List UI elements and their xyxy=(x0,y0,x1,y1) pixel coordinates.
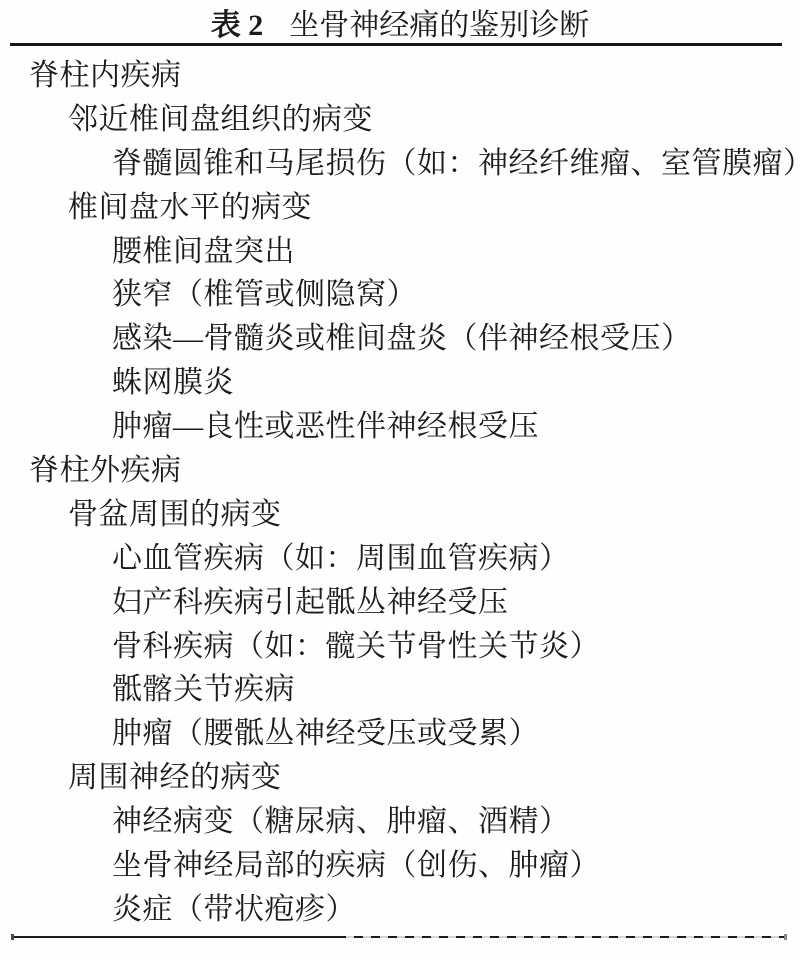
item-text: 脊柱内疾病 xyxy=(29,50,182,94)
list-item: 心血管疾病（如：周围血管疾病） xyxy=(0,533,800,577)
table-body: 脊柱内疾病邻近椎间盘组织的病变脊髓圆锥和马尾损伤（如：神经纤维瘤、室管膜瘤）椎间… xyxy=(0,50,800,928)
list-item: 腰椎间盘突出 xyxy=(0,226,800,270)
item-text: 神经病变（糖尿病、肿瘤、酒精） xyxy=(112,796,570,840)
list-item: 骶髂关节疾病 xyxy=(0,664,800,708)
item-text: 心血管疾病（如：周围血管疾病） xyxy=(112,533,570,577)
list-item: 邻近椎间盘组织的病变 xyxy=(0,94,800,138)
list-item: 骨科疾病（如：髋关节骨性关节炎） xyxy=(0,621,800,665)
list-item: 炎症（带状疱疹） xyxy=(0,884,800,928)
item-text: 感染—骨髓炎或椎间盘炎（伴神经根受压） xyxy=(112,313,692,357)
item-text: 腰椎间盘突出 xyxy=(112,226,295,270)
scanned-table-page: 表 2 坐骨神经痛的鉴别诊断 脊柱内疾病邻近椎间盘组织的病变脊髓圆锥和马尾损伤（… xyxy=(0,0,800,960)
item-text: 坐骨神经局部的疾病（创伤、肿瘤） xyxy=(112,840,600,884)
list-item: 肿瘤（腰骶丛神经受压或受累） xyxy=(0,708,800,752)
list-item: 妇产科疾病引起骶丛神经受压 xyxy=(0,577,800,621)
list-item: 坐骨神经局部的疾病（创伤、肿瘤） xyxy=(0,840,800,884)
table-title: 坐骨神经痛的鉴别诊断 xyxy=(289,0,589,44)
bottom-rule xyxy=(12,936,785,938)
item-text: 骨盆周围的病变 xyxy=(68,489,282,533)
section-header: 脊柱内疾病 xyxy=(0,50,800,94)
list-item: 周围神经的病变 xyxy=(0,752,800,796)
list-item: 骨盆周围的病变 xyxy=(0,489,800,533)
watermark-fade xyxy=(337,936,783,938)
item-text: 椎间盘水平的病变 xyxy=(68,182,312,226)
item-text: 狭窄（椎管或侧隐窝） xyxy=(112,269,417,313)
item-text: 蛛网膜炎 xyxy=(112,357,234,401)
item-text: 骨科疾病（如：髋关节骨性关节炎） xyxy=(112,621,600,665)
list-item: 感染—骨髓炎或椎间盘炎（伴神经根受压） xyxy=(0,313,800,357)
item-text: 脊柱外疾病 xyxy=(29,445,182,489)
item-text: 肿瘤—良性或恶性伴神经根受压 xyxy=(112,401,539,445)
rule-end-cap xyxy=(11,934,14,940)
item-text: 炎症（带状疱疹） xyxy=(112,884,356,928)
item-text: 脊髓圆锥和马尾损伤（如：神经纤维瘤、室管膜瘤） xyxy=(112,138,800,182)
item-text: 邻近椎间盘组织的病变 xyxy=(68,94,373,138)
item-text: 妇产科疾病引起骶丛神经受压 xyxy=(112,577,509,621)
table-number: 表 2 xyxy=(211,0,264,44)
list-item: 脊髓圆锥和马尾损伤（如：神经纤维瘤、室管膜瘤） xyxy=(0,138,800,182)
item-text: 骶髂关节疾病 xyxy=(112,664,295,708)
top-rule xyxy=(10,43,782,46)
list-item: 狭窄（椎管或侧隐窝） xyxy=(0,269,800,313)
list-item: 肿瘤—良性或恶性伴神经根受压 xyxy=(0,401,800,445)
item-text: 肿瘤（腰骶丛神经受压或受累） xyxy=(112,708,539,752)
table-caption: 表 2 坐骨神经痛的鉴别诊断 xyxy=(0,0,800,44)
list-item: 椎间盘水平的病变 xyxy=(0,182,800,226)
list-item: 蛛网膜炎 xyxy=(0,357,800,401)
rule-end-cap xyxy=(784,934,787,940)
item-text: 周围神经的病变 xyxy=(68,752,282,796)
list-item: 神经病变（糖尿病、肿瘤、酒精） xyxy=(0,796,800,840)
section-header: 脊柱外疾病 xyxy=(0,445,800,489)
